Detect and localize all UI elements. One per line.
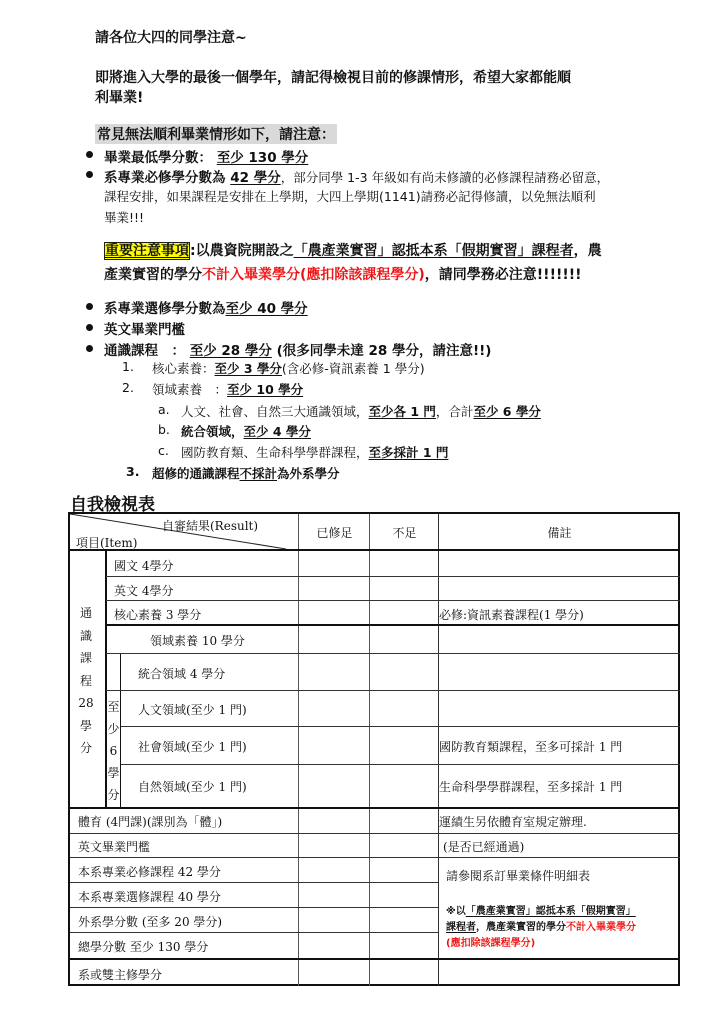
header-note: 備註 (439, 524, 680, 541)
row-note-natural: 生命科學學群課程，至多採計 1 門 (439, 778, 622, 795)
sub-group-char: 分 (107, 784, 120, 806)
merged-note-line-1: 請參閱系訂畢業條件明細表 (446, 867, 590, 884)
sub-b-value: 至少 4 學分 (244, 424, 311, 439)
core-note: (含必修-資訊素養 1 學分) (282, 361, 425, 376)
sub-group-char: 6 (107, 740, 120, 762)
greeting: 請各位大四的同學注意~ (95, 27, 247, 47)
sub-c-text: 國防教育類、生命科學學群課程， (181, 445, 369, 460)
section-heading: 常見無法順利畢業情形如下，請注意： (95, 124, 337, 144)
elective-prefix: 系專業選修學分數為 (104, 301, 226, 317)
sub-item-3: 超修的通識課程不採計為外系學分 (152, 464, 340, 482)
sub-a-value-2: 至少 6 學分 (473, 404, 540, 419)
sub-b-text: 統合領域， (181, 424, 244, 439)
row-item-humanities: 人文領域(至少 1 門) (138, 701, 247, 718)
row-note-pe: 運績生另依體育室規定辦理. (439, 813, 587, 830)
sub-a-letter: a. (158, 402, 170, 417)
row-item-integrated: 統合領域 4 學分 (138, 665, 225, 682)
important-text-2b: ，請同學務必注意!!!!!!! (425, 267, 582, 283)
intro-line-1: 即將進入大學的最後一個學年，請記得檢視目前的修課情形，希望大家都能順 (95, 67, 571, 87)
merged-note-line-4: (應扣除該課程學分) (446, 934, 535, 949)
sub-c: 國防教育類、生命科學學群課程，至多採計 1 門 (181, 443, 448, 461)
required-credits-value: 42 學分 (230, 170, 281, 186)
row-item-pe: 體育 (4門課)(課別為「體」) (78, 813, 222, 830)
general-note: (很多同學未達 28 學分，請注意!!) (277, 343, 492, 359)
row-item-english: 英文 4學分 (114, 582, 173, 599)
bullet-elective-credits: 系專業選修學分數為至少 40 學分 (104, 297, 308, 317)
general-value: 至少 28 學分 (190, 343, 272, 359)
row-item-domain: 領域素養 10 學分 (150, 632, 245, 649)
header-result: 自審結果(Result) (162, 517, 258, 534)
sub-item-2: 領域素養 ：至少 10 學分 (152, 380, 303, 398)
row-item-core: 核心素養 3 學分 (114, 606, 201, 623)
row-item-natural: 自然領域(至少 1 門) (138, 778, 247, 795)
important-text-1c: ，農 (574, 243, 602, 259)
elective-value: 至少 40 學分 (226, 301, 308, 317)
row-note-social: 國防教育類課程，至多可採計 1 門 (439, 738, 622, 755)
group-char: 課 (76, 647, 96, 670)
bullet-icon (86, 171, 93, 178)
bullet-icon (86, 345, 93, 352)
sub-b: 統合領域，至少 4 學分 (181, 422, 311, 440)
general-label: 通識課程 ： (104, 343, 185, 359)
sub-group-label: 至 少 6 學 分 (107, 696, 120, 806)
merged-note-line-3: 課程者，農產業實習的學分不計入畢業學分 (446, 918, 636, 933)
important-text-2a: 產業實習的學分 (104, 267, 202, 283)
row-item-social: 社會領域(至少 1 門) (138, 738, 247, 755)
merged-note-2a: ※以 (446, 906, 466, 917)
row-item-english-threshold: 英文畢業門檻 (78, 838, 150, 855)
sub-item-1: 核心素養：至少 3 學分(含必修-資訊素養 1 學分) (152, 359, 425, 377)
sub-group-char: 至 (107, 696, 120, 718)
group-char: 分 (76, 737, 96, 760)
core-value: 至少 3 學分 (215, 361, 282, 376)
group-char: 學 (76, 715, 96, 738)
bullet-icon (86, 324, 93, 331)
merged-note-line-2: ※以「農產業實習」認抵本系「假期實習」 (446, 902, 636, 917)
row-item-double-major: 系或雙主修學分 (78, 966, 162, 983)
merged-note-3u: 課程者 (446, 922, 476, 933)
row-item-chinese: 國文 4學分 (114, 557, 173, 574)
row-item-dept-required: 本系專業必修課程 42 學分 (78, 863, 221, 880)
sub-item-3-number: 3. (126, 464, 139, 479)
header-short: 不足 (370, 524, 439, 541)
domain-value: 至少 10 學分 (227, 382, 303, 397)
bullet-icon (86, 151, 93, 158)
group-label-general-education: 通 識 課 程 28 學 分 (76, 602, 96, 760)
sub3-b: 為外系學分 (277, 466, 340, 481)
min-credits-label: 畢業最低學分數： (104, 150, 212, 166)
important-text-1b: 「農產業實習」認抵本系「假期實習」課程者 (294, 243, 574, 259)
header-done: 已修足 (299, 524, 370, 541)
bullet-min-credits: 畢業最低學分數： 至少 130 學分 (104, 146, 308, 166)
sub-c-letter: c. (158, 443, 169, 458)
required-credits-note-1: ，部分同學 1-3 年級如有尚未修讀的必修課程請務必留意， (281, 170, 609, 185)
important-notice-line-2: 產業實習的學分不計入畢業學分(應扣除該課程學分)，請同學務必注意!!!!!!! (104, 264, 582, 284)
row-item-other-dept: 外系學分數 (至多 20 學分) (78, 913, 222, 930)
group-char: 通 (76, 602, 96, 625)
intro-line-2: 利畢業! (95, 87, 143, 107)
row-note-core: 必修:資訊素養課程(1 學分) (439, 606, 584, 623)
important-text-red: 不計入畢業學分(應扣除該課程學分) (202, 267, 425, 283)
required-credits-prefix: 系專業必修學分數為 (104, 170, 226, 186)
sub3-a: 超修的通識課程 (152, 466, 240, 481)
group-char: 程 (76, 670, 96, 693)
sub-a-value-1: 至少各 1 門 (369, 404, 436, 419)
important-tag: 重要注意事項 (104, 242, 190, 260)
group-char: 識 (76, 625, 96, 648)
self-check-table: 自審結果(Result) 項目(Item) 已修足 不足 備註 通 識 課 程 … (68, 512, 680, 986)
domain-label: 領域素養 ： (152, 382, 227, 397)
core-label: 核心素養： (152, 361, 215, 376)
sub3-u: 不採計 (240, 466, 278, 481)
row-item-dept-elective: 本系專業選修課程 40 學分 (78, 888, 221, 905)
sub-b-letter: b. (158, 422, 170, 437)
row-item-total: 總學分數 至少 130 學分 (78, 938, 208, 955)
required-credits-note-2: 課程安排，如果課程是安排在上學期，大四上學期(1141)請務必記得修讀，以免無法… (104, 187, 596, 205)
sub-item-2-number: 2. (122, 380, 134, 395)
sub-group-char: 少 (107, 718, 120, 740)
required-credits-note-3: 畢業!!! (104, 208, 144, 226)
merged-note-2u: 「農產業實習」認抵本系「假期實習」 (466, 906, 636, 917)
sub-a: 人文、社會、自然三大通識領域，至少各 1 門，合計至少 6 學分 (181, 402, 541, 420)
min-credits-value: 至少 130 學分 (217, 150, 309, 166)
group-char: 28 (76, 692, 96, 715)
sub-item-1-number: 1. (122, 359, 134, 374)
bullet-icon (86, 303, 93, 310)
merged-note-3red: 不計入畢業學分 (566, 922, 636, 933)
bullet-general-education: 通識課程 ： 至少 28 學分 (很多同學未達 28 學分，請注意!!) (104, 339, 491, 359)
sub-a-text: 人文、社會、自然三大通識領域， (181, 404, 369, 419)
bullet-required-credits: 系專業必修學分數為 42 學分，部分同學 1-3 年級如有尚未修讀的必修課程請務… (104, 166, 609, 186)
sub-group-char: 學 (107, 762, 120, 784)
sub-a-mid: ，合計 (436, 404, 474, 419)
row-note-english-threshold: (是否已經通過) (443, 838, 524, 855)
merged-note-3a: ，農產業實習的學分 (476, 922, 566, 933)
bullet-english-threshold: 英文畢業門檻 (104, 318, 185, 338)
sub-c-value: 至多採計 1 門 (369, 445, 449, 460)
important-notice-line-1: 重要注意事項:以農資院開設之「農產業實習」認抵本系「假期實習」課程者，農 (104, 240, 602, 260)
important-text-1a: :以農資院開設之 (190, 243, 294, 259)
